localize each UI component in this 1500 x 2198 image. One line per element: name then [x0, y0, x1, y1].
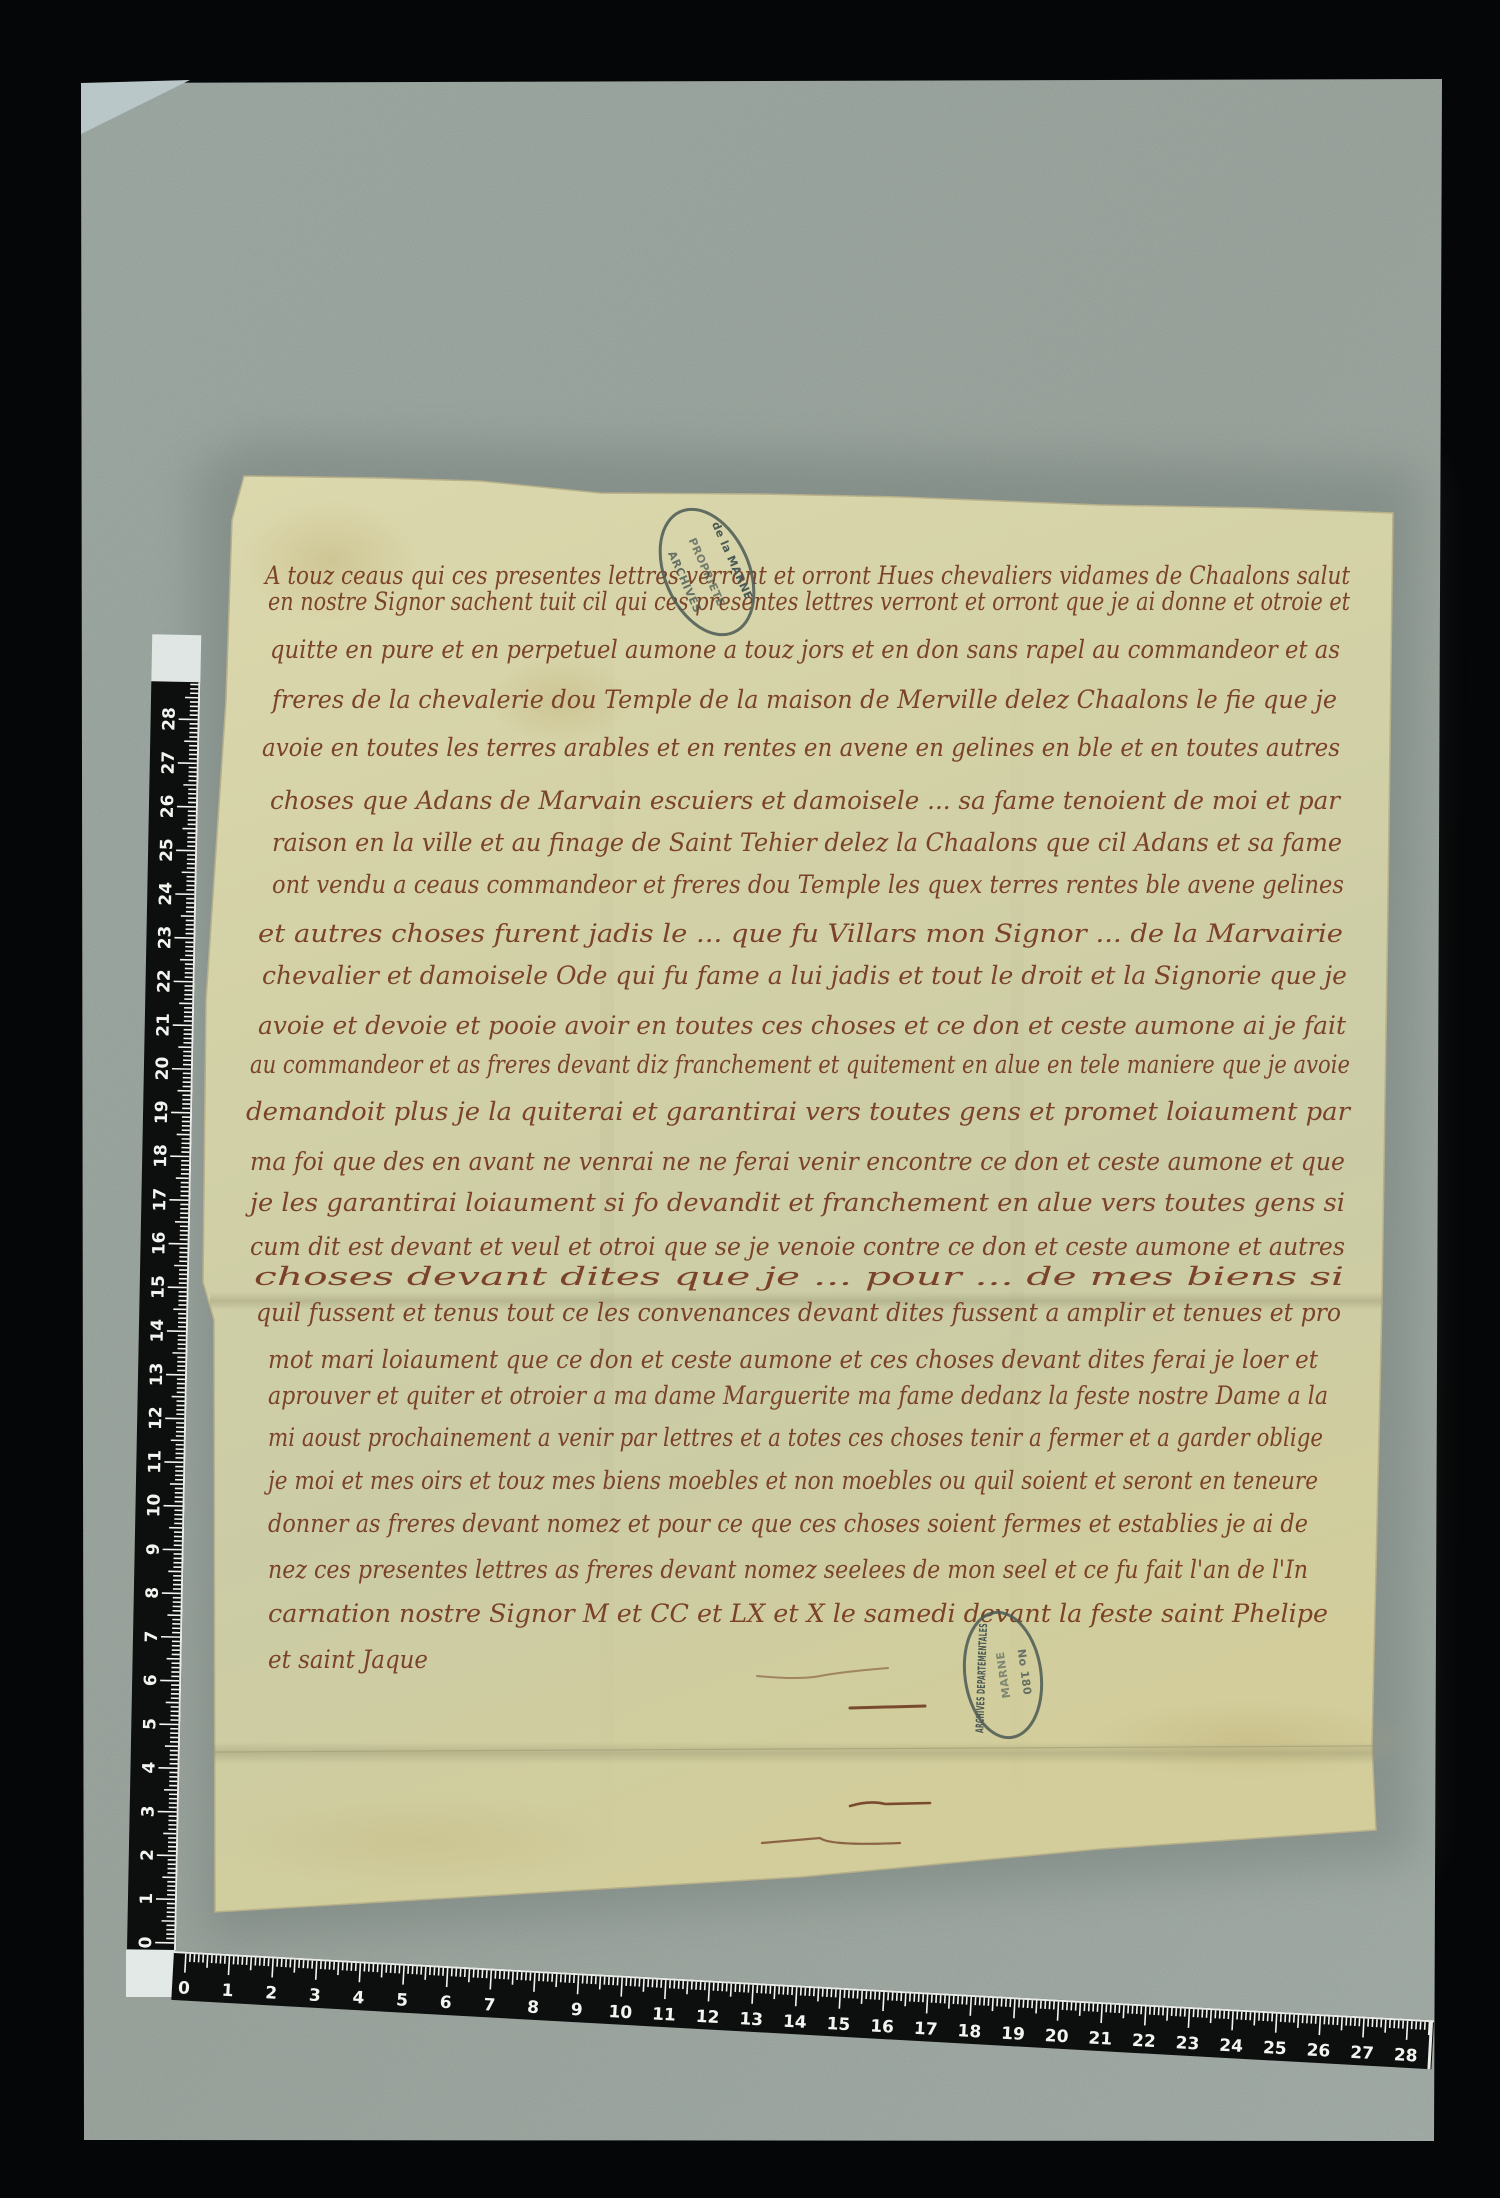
ruler-number: 24 — [1219, 2036, 1244, 2057]
text-line: avoie en toutes les terres arables et en… — [262, 733, 1340, 762]
ruler-number: 2 — [138, 1849, 158, 1861]
ruler-number: 15 — [826, 2014, 851, 2035]
ruler-number: 27 — [1350, 2043, 1375, 2064]
ruler-number: 22 — [154, 969, 174, 993]
ruler-number: 25 — [157, 838, 177, 862]
ruler-number: 10 — [144, 1493, 164, 1517]
text-line: ont vendu a ceaus commandeor et freres d… — [272, 870, 1344, 899]
ruler-number: 15 — [148, 1275, 168, 1299]
ruler-number: 11 — [652, 2004, 677, 2025]
text-line: avoie et devoie et pooie avoir en toutes… — [258, 1011, 1347, 1040]
ruler-number: 12 — [695, 2007, 720, 2028]
text-line: choses que Adans de Marvain escuiers et … — [270, 786, 1342, 815]
ruler-number: 0 — [136, 1936, 156, 1948]
text-line: mi aoust prochainement a venir par lettr… — [268, 1423, 1323, 1452]
ruler-corner-block — [126, 1950, 175, 1997]
ruler-tip — [151, 634, 201, 683]
text-line: choses devant dites que je ... pour ... … — [254, 1262, 1344, 1291]
ruler-number: 9 — [570, 2000, 583, 2021]
ruler-number: 24 — [156, 882, 176, 906]
text-line: ma foi que des en avant ne venrai ne ne … — [250, 1147, 1345, 1176]
text-line: et autres choses furent jadis le ... que… — [258, 919, 1343, 948]
ruler-number: 25 — [1262, 2038, 1287, 2059]
text-line: demandoit plus je la quiterai et garanti… — [246, 1097, 1352, 1126]
ruler-number: 18 — [151, 1144, 171, 1168]
ruler-number: 12 — [146, 1406, 166, 1430]
ruler-number: 21 — [154, 1013, 174, 1037]
ruler-number: 8 — [527, 1998, 540, 2019]
ruler-number: 20 — [1044, 2026, 1069, 2047]
ruler-number: 7 — [483, 1995, 496, 2016]
ruler-number: 28 — [159, 707, 179, 731]
ruler-number: 18 — [957, 2021, 982, 2042]
ruler-number: 16 — [149, 1231, 169, 1255]
ruler-number: 3 — [139, 1805, 159, 1817]
ruler-number: 13 — [739, 2009, 764, 2030]
text-line: carnation nostre Signor M et CC et LX et… — [268, 1599, 1328, 1628]
ruler-number: 6 — [141, 1674, 161, 1686]
text-line: et saint Jaque — [268, 1645, 428, 1674]
photo-scene: A touz ceaus qui ces presentes lettres v… — [0, 0, 1500, 2198]
text-line: donner as freres devant nomez et pour ce… — [268, 1509, 1308, 1538]
text-line: au commandeor et as freres devant diz fr… — [250, 1050, 1350, 1079]
ruler-number: 21 — [1088, 2028, 1113, 2049]
text-line: en nostre Signor sachent tuit cil qui ce… — [268, 587, 1351, 616]
ruler-number: 13 — [147, 1362, 167, 1386]
ruler-number: 16 — [870, 2016, 895, 2037]
ruler-number: 3 — [308, 1985, 321, 2006]
ruler-number: 19 — [152, 1100, 172, 1124]
ruler-number: 11 — [145, 1450, 165, 1474]
text-line: aprouver et quiter et otroier a ma dame … — [268, 1381, 1328, 1410]
ruler-number: 17 — [913, 2019, 938, 2040]
text-line: raison en la ville et au finage de Saint… — [272, 828, 1342, 857]
ruler-number: 26 — [158, 794, 178, 818]
ruler-number: 1 — [137, 1893, 157, 1905]
text-line: je les garantirai loiaument si fo devand… — [245, 1188, 1345, 1217]
ruler-number: 8 — [143, 1587, 163, 1599]
ruler-number: 9 — [144, 1543, 164, 1555]
ruler-number: 4 — [352, 1988, 365, 2009]
text-line: quitte en pure et en perpetuel aumone a … — [270, 635, 1340, 664]
ruler-number: 14 — [782, 2012, 807, 2033]
ruler-number: 5 — [140, 1718, 160, 1730]
ruler-number: 26 — [1306, 2040, 1331, 2061]
text-line: nez ces presentes lettres as freres deva… — [268, 1555, 1308, 1584]
ruler-number: 10 — [608, 2002, 633, 2023]
ruler-number: 5 — [396, 1990, 409, 2011]
text-line: quil fussent et tenus tout ce les conven… — [256, 1298, 1341, 1327]
ruler-number: 1 — [221, 1981, 234, 2002]
ruler-number: 23 — [155, 925, 175, 949]
ruler-number: 23 — [1175, 2033, 1200, 2054]
text-line: freres de la chevalerie dou Temple de la… — [270, 685, 1337, 714]
ruler-number: 22 — [1132, 2031, 1157, 2052]
ruler-number: 14 — [148, 1319, 168, 1343]
ruler-number: 19 — [1001, 2024, 1026, 2045]
text-line: A touz ceaus qui ces presentes lettres v… — [263, 561, 1351, 590]
ruler-number: 6 — [439, 1993, 452, 2014]
text-line: mot mari loiaument que ce don et ceste a… — [268, 1345, 1319, 1374]
ruler-number: 7 — [142, 1630, 162, 1642]
ruler-number: 28 — [1393, 2045, 1418, 2066]
ruler-number: 27 — [159, 751, 179, 775]
ruler-number: 20 — [153, 1056, 173, 1080]
text-line: je moi et mes oirs et touz mes biens moe… — [264, 1466, 1318, 1495]
text-line: chevalier et damoisele Ode qui fu fame a… — [262, 961, 1347, 990]
ruler-number: 2 — [265, 1983, 278, 2004]
ruler-number: 17 — [150, 1188, 170, 1212]
ruler-number: 4 — [139, 1761, 159, 1773]
fold-crease — [214, 1742, 1374, 1764]
ruler-number: 0 — [177, 1978, 190, 1999]
text-line: cum dit est devant et veul et otroi que … — [250, 1232, 1345, 1261]
